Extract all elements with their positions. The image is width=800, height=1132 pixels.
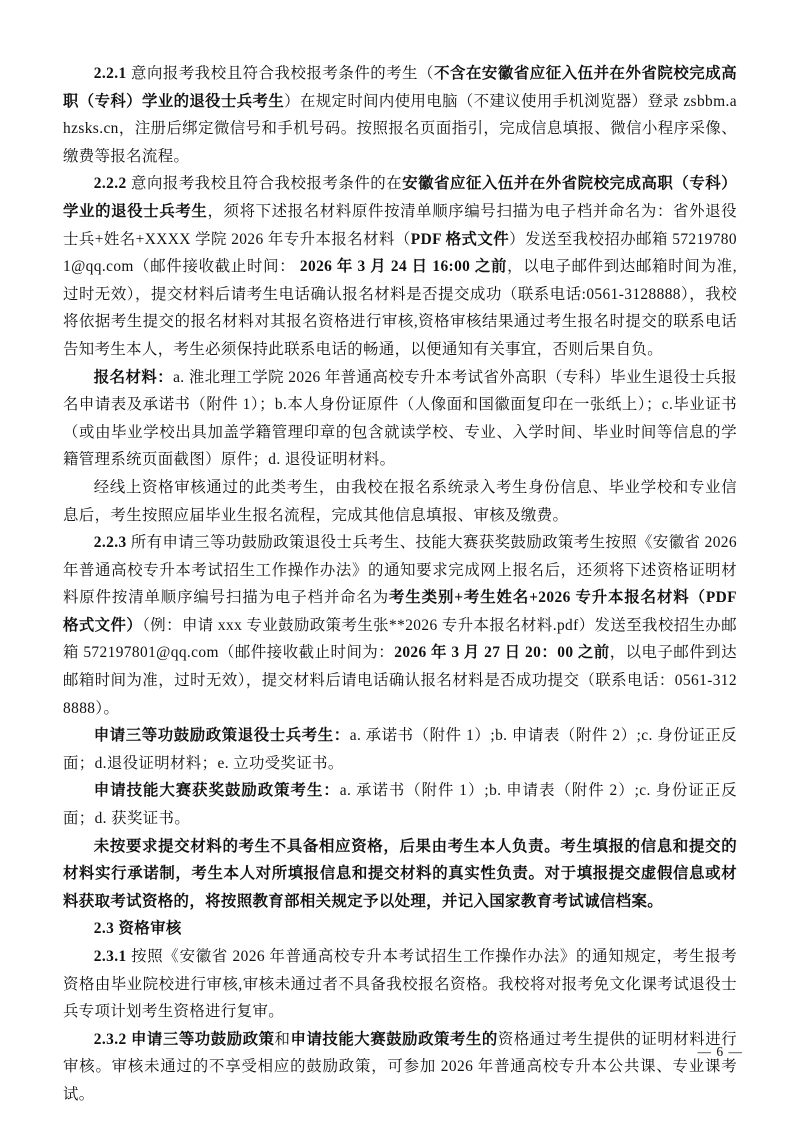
page-number: — 6 — (698, 1044, 744, 1059)
text-run: 经线上资格审核通过的此类考生，由我校在报名系统录入考生身份信息、毕业学校和专业信… (63, 479, 737, 524)
para-merit-policy-materials: 申请三等功鼓励政策退役士兵考生：a. 承诺书（附件 1）;b. 申请表（附件 2… (63, 722, 737, 777)
para-disclaimer: 未按要求提交材料的考生不具备相应资格，后果由考生本人负责。考生填报的信息和提交的… (63, 833, 737, 916)
para-skill-competition-materials: 申请技能大赛获奖鼓励政策考生：a. 承诺书（附件 1）;b. 申请表（附件 2）… (63, 777, 737, 832)
para-2-3-1: 2.3.1 按照《安徽省 2026 年普通高校专升本考试招生工作操作办法》的通知… (63, 943, 737, 1026)
para-2-2-1: 2.2.1 意向报考我校且符合我校报考条件的考生（不含在安徽省应征入伍并在外省院… (63, 60, 737, 170)
para-2-2-3: 2.2.3 所有申请三等功鼓励政策退役士兵考生、技能大赛获奖鼓励政策考生按照《安… (63, 529, 737, 722)
para-2-3-2: 2.3.2 申请三等功鼓励政策和申请技能大赛鼓励政策考生的资格通过考生提供的证明… (63, 1026, 737, 1109)
heading-2-3: 2.3 资格审核 (63, 915, 737, 943)
bold-text-run: 2026 年 3 月 27 日 20：00 之前 (394, 644, 609, 661)
para-2-2-2: 2.2.2 意向报考我校且符合我校报考条件的在安徽省应征入伍并在外省院校完成高职… (63, 170, 737, 363)
bold-text-run: 2.2.2 (94, 175, 131, 192)
para-online-review: 经线上资格审核通过的此类考生，由我校在报名系统录入考生身份信息、毕业学校和专业信… (63, 474, 737, 529)
bold-text-run: PDF 格式文件 (411, 231, 509, 248)
text-run: 和 (275, 1031, 291, 1048)
para-materials-list: 报名材料：a. 淮北理工学院 2026 年普通高校专升本考试省外高职（专科）毕业… (63, 364, 737, 474)
bold-text-run: 2026 年 3 月 24 日 16:00 之前 (300, 258, 507, 275)
bold-text-run: 2.3 资格审核 (94, 920, 182, 937)
bold-text-run: 申请技能大赛鼓励政策考生的 (291, 1031, 498, 1048)
bold-text-run: 申请三等功鼓励政策退役士兵考生： (94, 727, 350, 744)
text-run: 意向报考我校且符合我校报考条件的在 (131, 175, 402, 192)
bold-text-run: 申请技能大赛获奖鼓励政策考生： (94, 782, 340, 799)
bold-text-run: 报名材料： (94, 369, 173, 386)
text-run: 意向报考我校且符合我校报考条件的考生（ (131, 65, 434, 82)
bold-text-run: 2.2.1 (94, 65, 131, 82)
document-page: 2.2.1 意向报考我校且符合我校报考条件的考生（不含在安徽省应征入伍并在外省院… (0, 0, 800, 1132)
bold-text-run: 2.3.2 申请三等功鼓励政策 (94, 1031, 275, 1048)
page-footer: — 6 — (698, 1044, 744, 1060)
bold-text-run: 未按要求提交材料的考生不具备相应资格，后果由考生本人负责。考生填报的信息和提交的… (63, 838, 737, 910)
document-body: 2.2.1 意向报考我校且符合我校报考条件的考生（不含在安徽省应征入伍并在外省院… (63, 60, 737, 1109)
bold-text-run: 2.3.1 (94, 948, 131, 965)
text-run: 按照《安徽省 2026 年普通高校专升本考试招生工作操作办法》的通知规定，考生报… (63, 948, 737, 1020)
bold-text-run: 2.2.3 (94, 534, 131, 551)
